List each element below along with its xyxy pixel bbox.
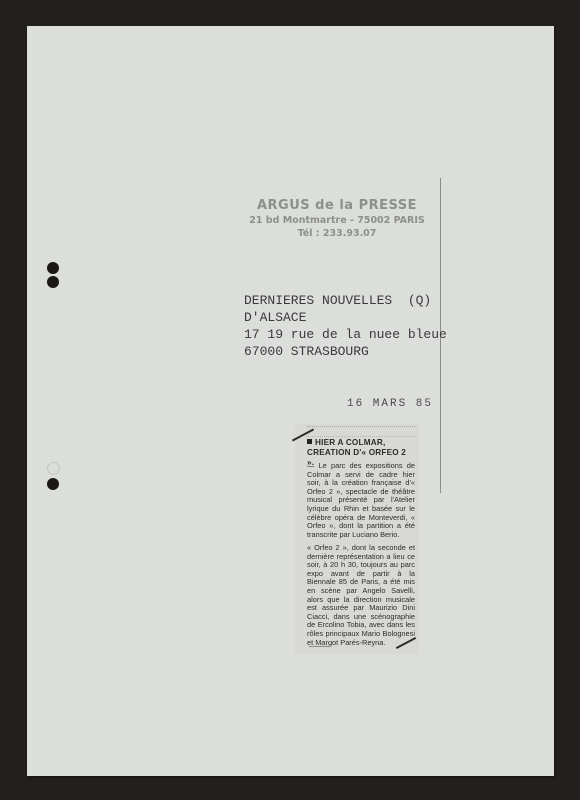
- publication-name-line2: D'ALSACE: [244, 309, 447, 326]
- punch-hole: [47, 262, 59, 274]
- document-page: ARGUS de la PRESSE 21 bd Montmartre - 75…: [27, 26, 554, 776]
- agency-address: 21 bd Montmartre - 75002 PARIS: [242, 214, 432, 227]
- agency-name: ARGUS de la PRESSE: [242, 198, 432, 214]
- clipping-paragraph: « Orfeo 2 », dont la seconde et dernière…: [307, 544, 415, 647]
- punch-hole-mark: [47, 462, 60, 475]
- clipping-paragraph: — Le parc des expositions de Colmar a se…: [307, 462, 415, 539]
- newspaper-clipping: HIER A COLMAR, CREATION D'« ORFEO 2 ». —…: [295, 424, 419, 654]
- agency-stamp: ARGUS de la PRESSE 21 bd Montmartre - 75…: [242, 198, 432, 240]
- clipping-bleed-through: [307, 426, 415, 437]
- publication-name-line1: DERNIERES NOUVELLES (Q): [244, 292, 447, 309]
- punch-hole: [47, 478, 59, 490]
- date-stamp: 16 MARS 85: [347, 398, 433, 410]
- square-bullet-icon: [307, 439, 312, 444]
- clipping-footer-rule: [309, 646, 331, 647]
- publication-street: 17 19 rue de la nuee bleue: [244, 326, 447, 343]
- punch-hole: [47, 276, 59, 288]
- agency-phone: Tél : 233.93.07: [242, 227, 432, 240]
- publication-city: 67000 STRASBOURG: [244, 343, 447, 360]
- publication-address: DERNIERES NOUVELLES (Q)D'ALSACE17 19 rue…: [244, 292, 447, 360]
